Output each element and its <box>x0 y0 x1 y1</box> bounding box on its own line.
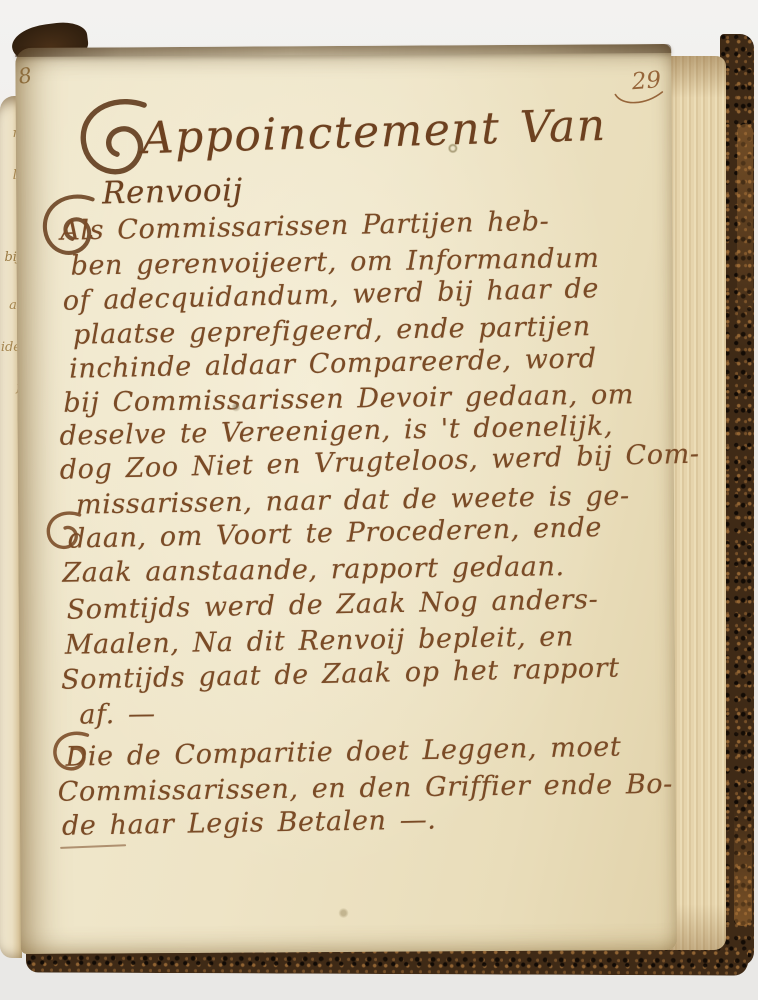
page-number: 29 <box>619 66 675 96</box>
book-photo: n l. bij al ide f 8 29 Appoinctement Van <box>0 0 758 1000</box>
manuscript-page: 8 29 Appoinctement Van Renvooij Als Comm… <box>15 44 677 954</box>
page-top-darkened-edge <box>15 44 671 57</box>
adjacent-page-number-mark: 8 <box>17 63 34 89</box>
manuscript-line: de haar Legis Betalen —. <box>62 805 437 842</box>
manuscript-line: Die de Comparitie doet Leggen, moet <box>65 732 621 773</box>
heading-line: Renvooij <box>102 172 244 211</box>
page-number-swash <box>612 88 667 110</box>
foxing-spot <box>338 908 348 918</box>
manuscript-line: Zaak aanstaande, rapport gedaan. <box>62 551 565 589</box>
ink-underline-stroke <box>60 844 126 849</box>
foxing-spot <box>448 143 458 153</box>
manuscript-line: Commissarissen, en den Griffier ende Bo- <box>58 769 674 808</box>
manuscript-line: Als Commissarissen Partijen heb- <box>60 206 550 247</box>
heading-line: Appoinctement Van <box>141 100 607 164</box>
manuscript-line: Somtijds werd de Zaak Nog anders- <box>66 584 598 626</box>
manuscript-line: af. — <box>79 699 156 731</box>
foxing-spot <box>231 403 240 412</box>
